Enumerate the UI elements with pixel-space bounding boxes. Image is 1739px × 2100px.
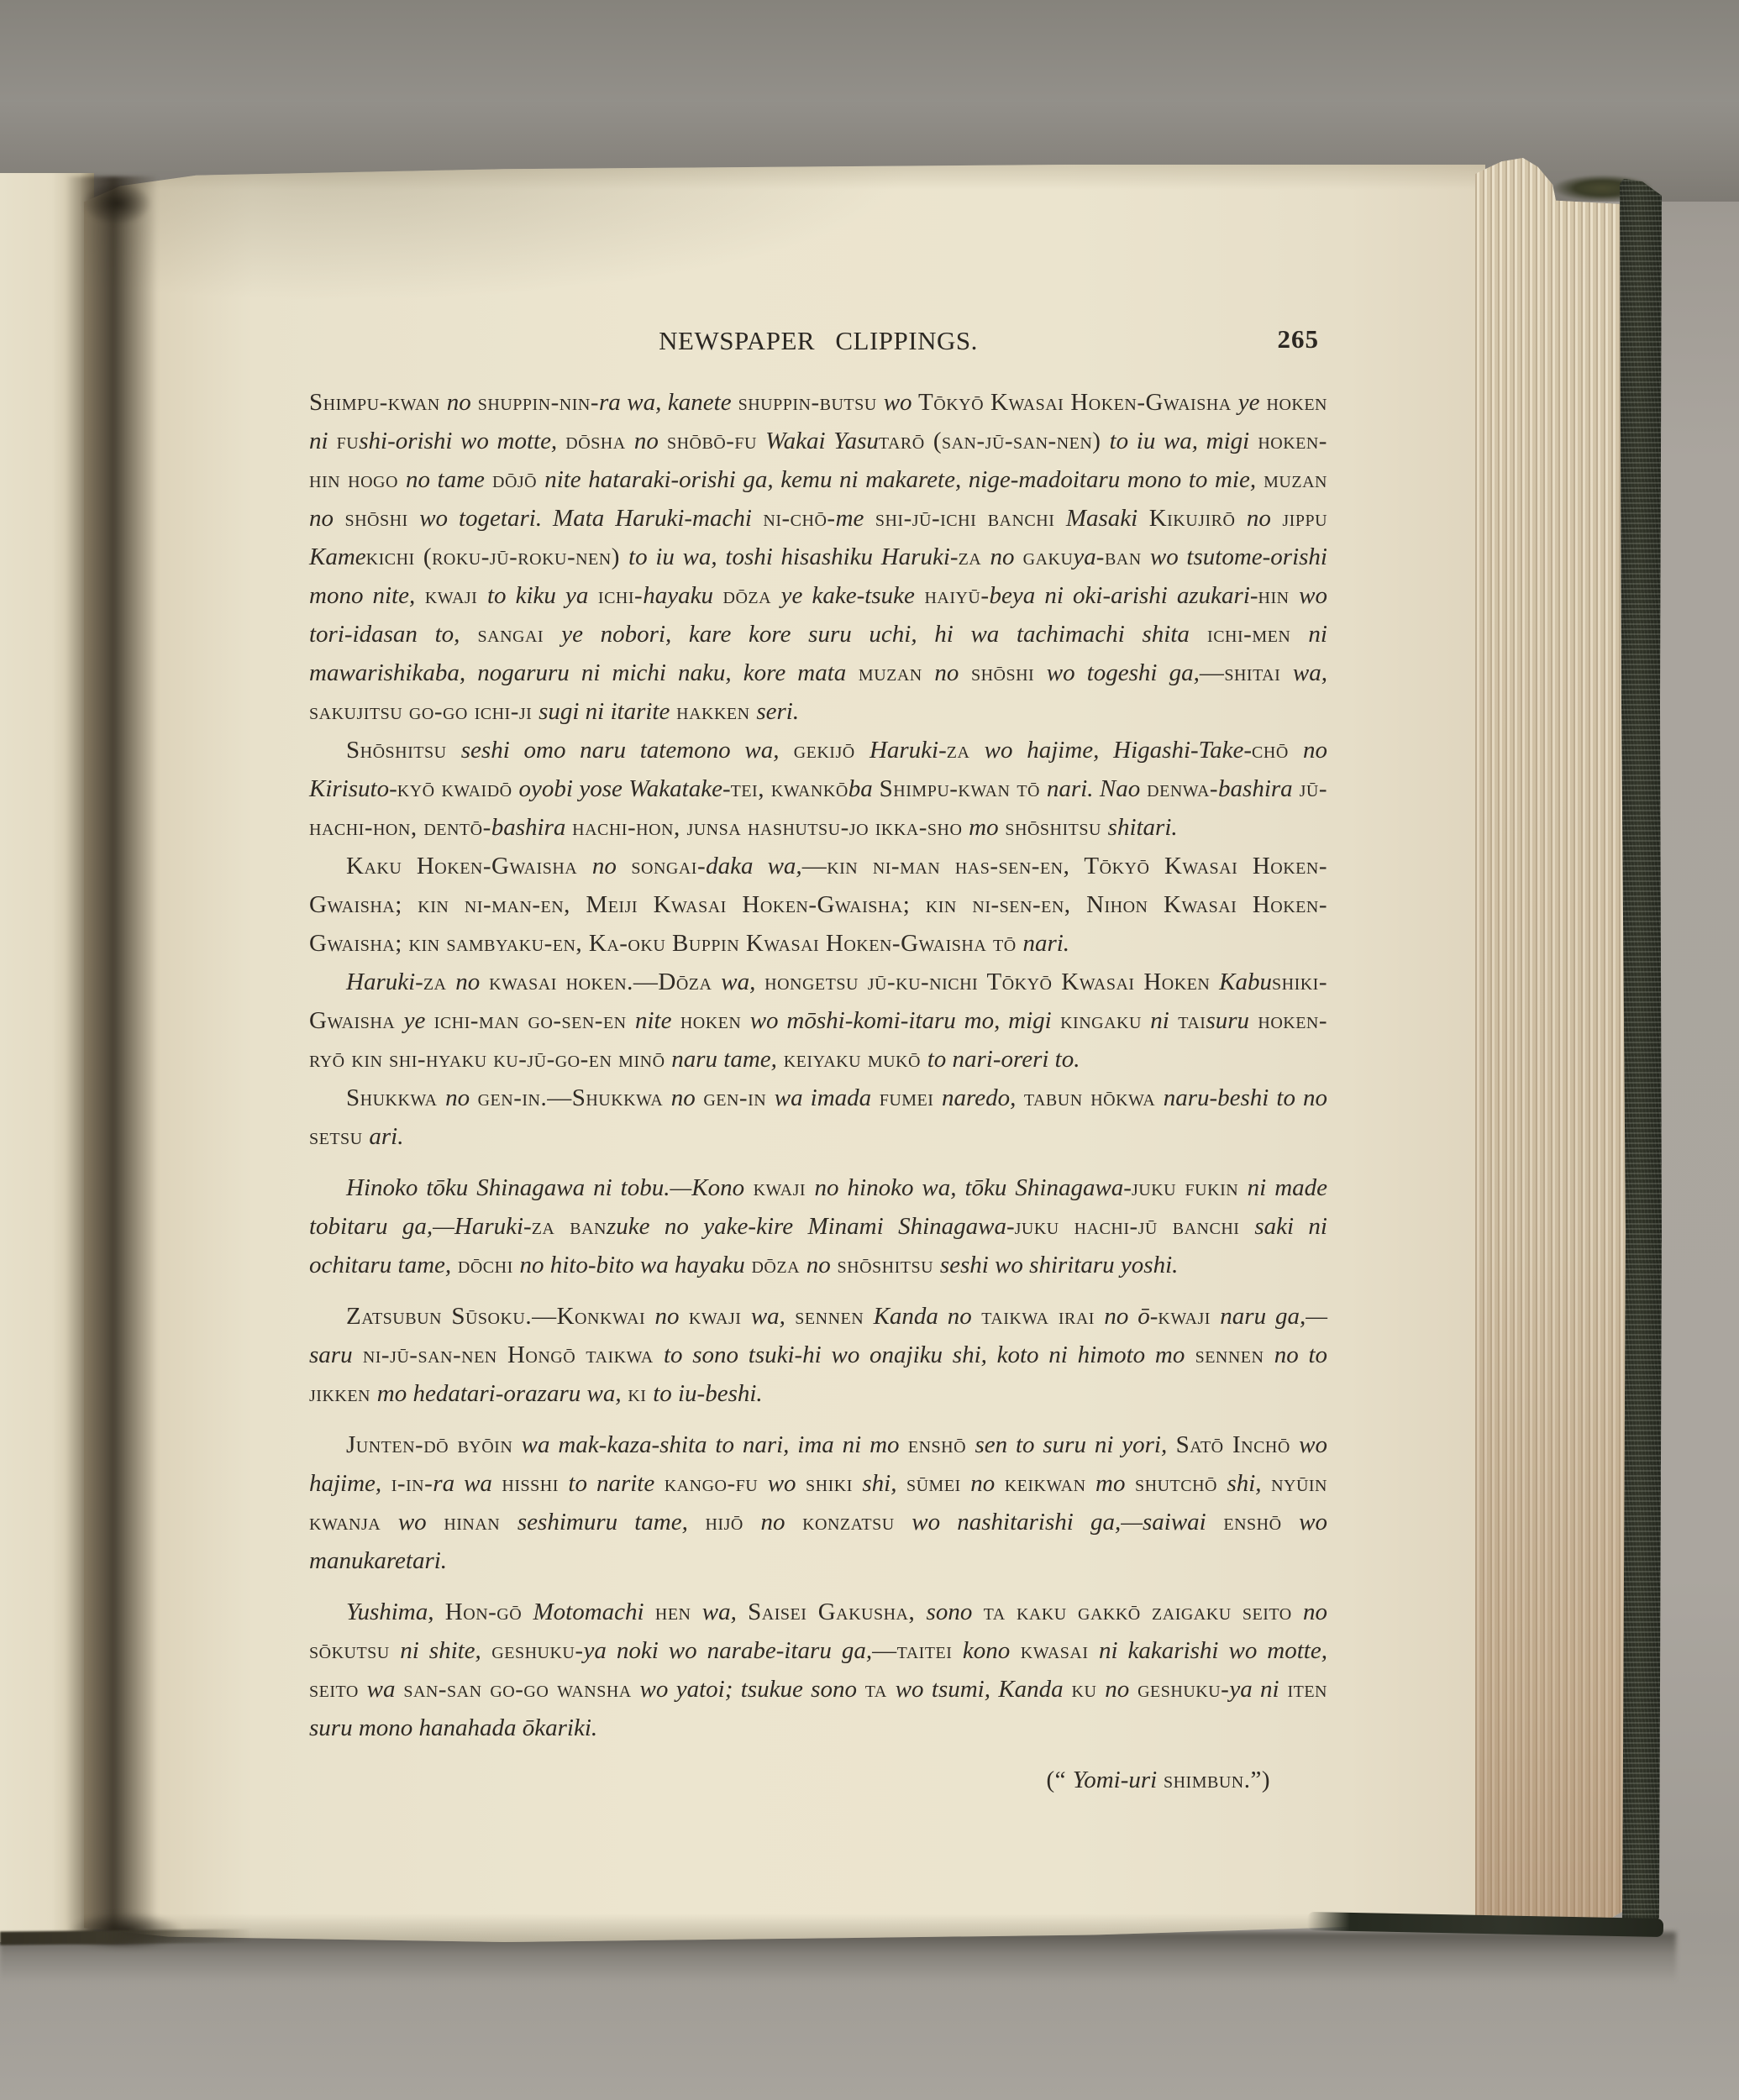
smallcaps-text: Shukkwa <box>346 1084 445 1111</box>
smallcaps-text: tabun hōkwa <box>1016 1084 1163 1111</box>
smallcaps-text: songai- <box>617 853 706 879</box>
smallcaps-text: dōsha <box>557 428 634 454</box>
italic-text: ni <box>309 428 328 454</box>
smallcaps-text: geshuku- <box>481 1637 584 1664</box>
italic-text: zuke no yake-kire Minami Shinagawa- <box>607 1213 1015 1240</box>
paragraph: Haruki-za no kwasai hoken.—Dōza wa, hong… <box>309 963 1327 1079</box>
italic-text: ba <box>848 775 873 802</box>
italic-text: wo <box>884 389 912 416</box>
italic-text: Wakai Yasu <box>765 428 879 454</box>
smallcaps-text: juku fukin <box>1132 1174 1248 1201</box>
italic-text: sugi ni itarite <box>539 698 670 725</box>
smallcaps-text: fumei <box>871 1084 942 1111</box>
italic-text: nari. Nao <box>1047 775 1140 802</box>
smallcaps-text: jikken <box>309 1380 377 1407</box>
smallcaps-text: za <box>947 737 985 764</box>
paragraph: Kaku Hoken-Gwaisha no songai-daka wa,—ki… <box>309 847 1327 963</box>
italic-text: ni kakarishi wo motte, <box>1099 1637 1327 1664</box>
smallcaps-text: hen <box>644 1599 702 1625</box>
smallcaps-text: za <box>959 543 990 570</box>
fore-edge-pages <box>1475 158 1640 1934</box>
smallcaps-text: dōjō <box>485 466 544 493</box>
italic-text: shi, <box>862 1470 896 1497</box>
italic-text: to iu-beshi. <box>653 1380 763 1407</box>
smallcaps-text: ki <box>622 1380 654 1407</box>
smallcaps-text: gaku <box>1014 543 1073 570</box>
smallcaps-text: taikwa irai <box>972 1303 1105 1330</box>
smallcaps-text: tai <box>1169 1007 1206 1034</box>
smallcaps-text: kwaji <box>744 1174 814 1201</box>
italic-text: wa, <box>702 1599 737 1625</box>
smallcaps-text: konzatsu <box>785 1509 912 1536</box>
smallcaps-text: Hon-gō <box>434 1599 533 1625</box>
italic-text: ya <box>1073 543 1095 570</box>
smallcaps-text: muzan <box>846 659 934 686</box>
paragraph: Junten-dō byōin wa mak-kaza-shita to nar… <box>309 1425 1327 1580</box>
italic-text: no <box>671 1084 696 1111</box>
italic-text: wo <box>768 1470 796 1497</box>
smallcaps-text: shōbō-fu <box>659 428 765 454</box>
italic-text: no <box>655 1303 680 1330</box>
italic-text: wo mōshi-komi-itaru mo, migi <box>750 1007 1052 1034</box>
italic-text: wa imada <box>775 1084 871 1111</box>
smallcaps-text: -ban <box>1096 543 1150 570</box>
smallcaps-text: ichi- <box>588 582 643 609</box>
smallcaps-text: sangai <box>460 621 561 648</box>
photo-backdrop: NEWSPAPER CLIPPINGS. 265 Shimpu-kwan no … <box>0 0 1739 2100</box>
attribution-line: (“ Yomi-uri shimbun.”) <box>309 1761 1327 1799</box>
italic-text: seshi omo naru tatemono wa, <box>461 737 780 764</box>
smallcaps-text: shi-jū-ichi banchi <box>864 505 1065 532</box>
smallcaps-text: shōshitsu <box>999 814 1108 841</box>
italic-text: oyobi yose Wakatake- <box>519 775 731 802</box>
italic-text: wo togeshi ga, <box>1047 659 1200 686</box>
italic-text: to sono tsuki-hi wo onajiku shi, koto ni… <box>664 1341 1185 1368</box>
smallcaps-text: hachi-hon, junsa hashutsu-jo ikka-sho <box>565 814 969 841</box>
smallcaps-text: shutchō <box>1126 1470 1227 1497</box>
italic-text: Haruki- <box>869 737 947 764</box>
smallcaps-text: i-in- <box>381 1470 433 1497</box>
italic-text: ra wa, kanete <box>599 389 732 416</box>
smallcaps-text: keikwan <box>995 1470 1095 1497</box>
smallcaps-text: shōshi <box>334 505 419 532</box>
italic-text: Kanda no <box>874 1303 972 1330</box>
italic-text: to iu wa, toshi hisashiku Haruki- <box>628 543 958 570</box>
smallcaps-text: dōza <box>713 582 781 609</box>
smallcaps-text: ni-chō- <box>752 505 836 532</box>
italic-text: no <box>592 853 617 879</box>
italic-text: ye kake-tsuke <box>781 582 915 609</box>
smallcaps-text: haiyū- <box>915 582 990 609</box>
italic-text: ye <box>404 1007 426 1034</box>
italic-text: wo yatoi; tsukue sono <box>640 1676 857 1703</box>
smallcaps-text: hongetsu jū-ku-nichi Tōkyō Kwasai Hoken <box>755 969 1219 995</box>
paragraph: Shukkwa no gen-in.—Shukkwa no gen-in wa … <box>309 1079 1327 1156</box>
page-header: NEWSPAPER CLIPPINGS. 265 <box>309 326 1327 368</box>
italic-text: nari. <box>1022 930 1069 957</box>
smallcaps-text: kango-fu <box>654 1470 767 1497</box>
smallcaps-text: keiyaku mukō <box>777 1046 927 1073</box>
smallcaps-text: hinan <box>427 1509 517 1536</box>
smallcaps-text: chō <box>1252 737 1303 764</box>
italic-text: mo hedatari-orazaru wa, <box>377 1380 622 1407</box>
italic-text: mo <box>969 814 998 841</box>
italic-text: suru mono hanahada ōkariki. <box>309 1714 597 1741</box>
italic-text: seri. <box>756 698 799 725</box>
smallcaps-text: za <box>423 969 455 995</box>
body-text: Shimpu-kwan no shuppin-nin-ra wa, kanete… <box>309 383 1327 1747</box>
italic-text: no hito-bito wa hayaku <box>520 1252 745 1278</box>
smallcaps-text: gen-in.—Shukkwa <box>470 1084 671 1111</box>
smallcaps-text: denwa- <box>1140 775 1218 802</box>
printed-page-content: NEWSPAPER CLIPPINGS. 265 Shimpu-kwan no … <box>309 326 1327 1799</box>
italic-text: wa <box>367 1676 396 1703</box>
smallcaps-text: Saisei Gakusha, <box>737 1599 927 1625</box>
paragraph: Shōshitsu seshi omo naru tatemono wa, ge… <box>309 731 1327 847</box>
smallcaps-text: za ban <box>532 1213 607 1240</box>
italic-text: seshi wo shiritaru yoshi. <box>940 1252 1179 1278</box>
smallcaps-text: kwasai hoken.—Dōza <box>480 969 721 995</box>
smallcaps-text: seito <box>309 1676 367 1703</box>
smallcaps-text: shimbun.”) <box>1157 1767 1270 1793</box>
italic-text: ni <box>1150 1007 1169 1034</box>
italic-text: no <box>934 659 959 686</box>
italic-text: bashira <box>491 814 566 841</box>
italic-text: no <box>990 543 1014 570</box>
smallcaps-text: shōshi <box>959 659 1046 686</box>
running-title: NEWSPAPER CLIPPINGS. <box>309 326 1327 356</box>
paragraph: Shimpu-kwan no shuppin-nin-ra wa, kanete… <box>309 383 1327 731</box>
smallcaps-text: enshō <box>1206 1509 1299 1536</box>
italic-text: ra wa <box>433 1470 492 1497</box>
italic-text: wo hajime, Higashi-Take- <box>985 737 1252 764</box>
italic-text: wa mak-kaza-shita to nari, ima ni mo <box>522 1431 900 1458</box>
italic-text: wa, <box>721 969 755 995</box>
smallcaps-text: —taitei <box>872 1637 963 1664</box>
italic-text: no to <box>1274 1341 1327 1368</box>
smallcaps-text: shuppin-nin- <box>471 389 599 416</box>
smallcaps-text: Shimpu-kwan tō <box>873 775 1047 802</box>
smallcaps-text: —shitai <box>1200 659 1293 686</box>
smallcaps-text: Junten-dō byōin <box>346 1431 522 1458</box>
smallcaps-text: ichi-man go-sen-en <box>425 1007 635 1034</box>
italic-text: Kame <box>309 543 366 570</box>
smallcaps-text: sennen <box>785 1303 874 1330</box>
smallcaps-text: tei, kwankō <box>731 775 848 802</box>
cover-edge-bottom-left <box>0 1929 252 1945</box>
smallcaps-text: kwaji <box>1158 1303 1220 1330</box>
italic-text: naredo, <box>942 1084 1016 1111</box>
italic-text: wa, <box>751 1303 785 1330</box>
italic-text: no <box>806 1252 831 1278</box>
smallcaps-text: geshuku- <box>1129 1676 1229 1703</box>
smallcaps-text: dōchi <box>451 1252 519 1278</box>
italic-text: Masaki <box>1066 505 1137 532</box>
italic-text: to nari-oreri to. <box>927 1046 1080 1073</box>
italic-text: to iu wa, migi <box>1110 428 1250 454</box>
smallcaps-text: kichi (roku-jū-roku-nen) <box>366 543 628 570</box>
italic-text: no <box>760 1509 785 1536</box>
italic-text: Motomachi <box>533 1599 644 1625</box>
smallcaps-text: muzan <box>1256 466 1327 493</box>
smallcaps-text: ku <box>1064 1676 1106 1703</box>
italic-text: no <box>1105 1676 1129 1703</box>
italic-text: Yushima, <box>346 1599 434 1625</box>
italic-text: to narite <box>568 1470 654 1497</box>
italic-text: naru tame, <box>671 1046 777 1073</box>
page-number: 265 <box>1278 324 1320 354</box>
smallcaps-text: kwaji <box>680 1303 751 1330</box>
smallcaps-text: Satō Inchō <box>1167 1431 1299 1458</box>
smallcaps-text: juku hachi-jū banchi <box>1015 1213 1255 1240</box>
italic-text: wo togetari. Mata Haruki-machi <box>419 505 752 532</box>
smallcaps-text: gekijō <box>779 737 869 764</box>
italic-text: wo nashitarishi ga,—saiwai <box>912 1509 1206 1536</box>
italic-text: wo <box>398 1509 427 1536</box>
smallcaps-text: hoken <box>1259 389 1327 416</box>
smallcaps-text: sōkutsu <box>309 1637 400 1664</box>
italic-text: suru <box>1206 1007 1249 1034</box>
italic-text: no hinoko wa, tōku Shinagawa- <box>815 1174 1132 1201</box>
italic-text: seshimuru tame, <box>517 1509 688 1536</box>
italic-text: ni shite, <box>400 1637 481 1664</box>
italic-text: to kiku ya <box>487 582 588 609</box>
smallcaps-text: sennen <box>1185 1341 1274 1368</box>
smallcaps-text: (“ <box>1046 1767 1072 1793</box>
italic-text: shi, <box>1227 1470 1261 1497</box>
smallcaps-text: kyō kwaidō <box>397 775 519 802</box>
smallcaps-text: sūmei <box>896 1470 970 1497</box>
italic-text: nite hataraki-orishi ga, kemu ni makaret… <box>544 466 1256 493</box>
italic-text: ye <box>1238 389 1260 416</box>
italic-text: Kabu <box>1219 969 1272 995</box>
italic-text: bashira <box>1218 775 1293 802</box>
smallcaps-text: Shimpu-kwan <box>309 389 447 416</box>
italic-text: wo tsumi, Kanda <box>896 1676 1064 1703</box>
italic-text: no <box>447 389 471 416</box>
smallcaps-text: hijō <box>688 1509 761 1536</box>
italic-text: nite <box>635 1007 672 1034</box>
italic-text: no <box>970 1470 995 1497</box>
cover-edge-right <box>1620 178 1662 1935</box>
smallcaps-text: Kaku Hoken-Gwaisha <box>346 853 592 879</box>
italic-text: no <box>1247 505 1271 532</box>
italic-text: ari. <box>369 1123 403 1150</box>
smallcaps-text: jippu <box>1271 505 1327 532</box>
smallcaps-text: kwasai <box>1010 1637 1099 1664</box>
italic-text: no <box>1303 1599 1327 1625</box>
italic-text: sono <box>927 1599 973 1625</box>
gutter-shadow <box>66 176 158 1944</box>
paragraph: Yushima, Hon-gō Motomachi hen wa, Saisei… <box>309 1593 1327 1747</box>
smallcaps-text: ichi-men <box>1190 621 1309 648</box>
italic-text: no tame <box>406 466 485 493</box>
smallcaps-text: sakujitsu go-go ichi-ji <box>309 698 539 725</box>
smallcaps-text: san-san go-go wansha <box>396 1676 640 1703</box>
smallcaps-text: enshō <box>900 1431 975 1458</box>
smallcaps-text: kwaji <box>415 582 487 609</box>
italic-text: kono <box>963 1637 1010 1664</box>
italic-text: naru-beshi to no <box>1164 1084 1327 1111</box>
gutter-shadow-top <box>71 180 163 239</box>
smallcaps-text: ta kaku gakkō zaigaku seito <box>972 1599 1303 1625</box>
smallcaps-text: ta <box>857 1676 896 1703</box>
smallcaps-text: Zatsubun Sūsoku.—Konkwai <box>346 1303 655 1330</box>
smallcaps-text: tarō (san-jū-san-nen) <box>879 428 1110 454</box>
italic-text: hayaku <box>643 582 713 609</box>
italic-text: no <box>445 1084 470 1111</box>
smallcaps-text: Shōshitsu <box>346 737 461 764</box>
italic-text: ya noki wo narabe-itaru ga, <box>584 1637 873 1664</box>
italic-text: no <box>309 505 334 532</box>
smallcaps-text: hoken <box>671 1007 749 1034</box>
italic-text: me <box>836 505 864 532</box>
smallcaps-text: shōshitsu <box>831 1252 940 1278</box>
italic-text: ye nobori, kare kore suru uchi, hi wa ta… <box>561 621 1190 648</box>
italic-text: wa, <box>1293 659 1327 686</box>
smallcaps-text: dōza <box>745 1252 806 1278</box>
smallcaps-text: kingaku <box>1052 1007 1151 1034</box>
smallcaps-text: Tōkyō Kwasai Hoken-Gwaisha <box>912 389 1238 416</box>
italic-text: no <box>634 428 659 454</box>
smallcaps-text: shuppin-butsu <box>732 389 884 416</box>
italic-text: shi-orishi wo motte, <box>359 428 557 454</box>
italic-text: sen to suru ni yori, <box>975 1431 1167 1458</box>
italic-text: no ō- <box>1104 1303 1158 1330</box>
italic-text: no <box>455 969 480 995</box>
smallcaps-text: hin <box>1258 582 1300 609</box>
smallcaps-text: shiki <box>796 1470 863 1497</box>
italic-text: Yomi-uri <box>1073 1767 1157 1793</box>
italic-text: beya ni oki-arishi azukari- <box>990 582 1258 609</box>
smallcaps-text: ni-jū-san-nen Hongō taikwa <box>353 1341 664 1368</box>
smallcaps-text: setsu <box>309 1123 369 1150</box>
italic-text: ya ni <box>1229 1676 1279 1703</box>
italic-text: Hinoko tōku Shinagawa ni tobu.—Kono <box>346 1174 744 1201</box>
italic-text: Haruki- <box>346 969 423 995</box>
smallcaps-text: iten <box>1279 1676 1327 1703</box>
italic-text: shitari. <box>1108 814 1178 841</box>
italic-text: daka wa, <box>706 853 802 879</box>
smallcaps-text: gen-in <box>696 1084 775 1111</box>
smallcaps-text: fu <box>328 428 360 454</box>
smallcaps-text: Kikujirō <box>1137 505 1247 532</box>
paragraph: Zatsubun Sūsoku.—Konkwai no kwaji wa, se… <box>309 1297 1327 1413</box>
paragraph: Hinoko tōku Shinagawa ni tobu.—Kono kwaj… <box>309 1168 1327 1284</box>
smallcaps-text: hakken <box>670 698 756 725</box>
italic-text: mo <box>1095 1470 1125 1497</box>
smallcaps-text: hisshi <box>492 1470 568 1497</box>
